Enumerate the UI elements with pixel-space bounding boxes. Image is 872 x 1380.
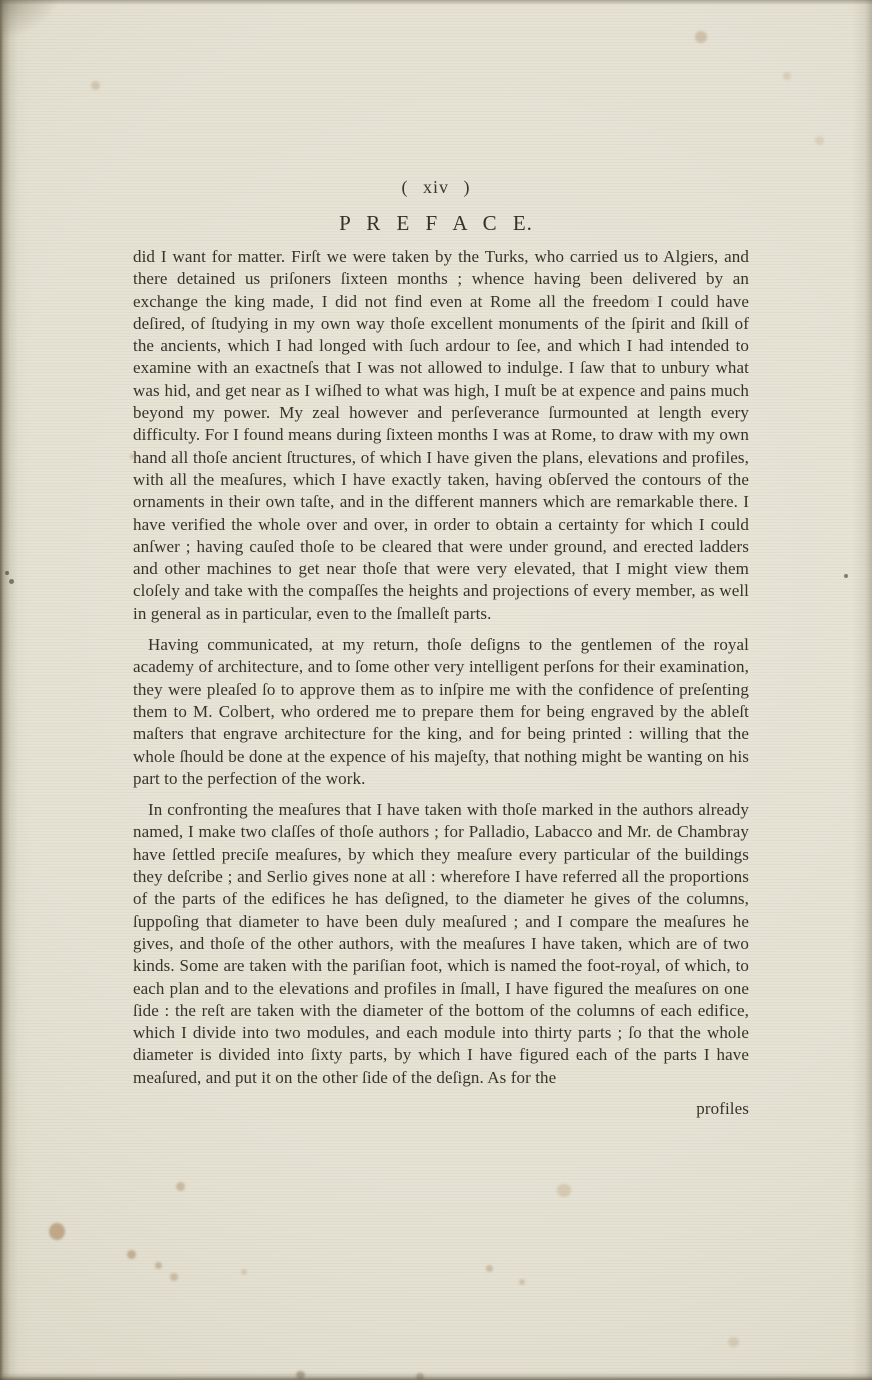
foxing-spot [176, 1182, 185, 1191]
body-paragraph-2: Having communicated, at my return, thoſe… [133, 634, 749, 790]
foxing-spot [728, 1337, 739, 1347]
catchword: profiles [133, 1098, 749, 1120]
book-page-scan: ( xiv ) P R E F A C E. did I want for ma… [0, 0, 872, 1380]
foxing-spot [127, 1250, 136, 1259]
foxing-spot [486, 1265, 493, 1272]
page-edge-bottom [0, 1372, 872, 1380]
foxing-spot [695, 31, 707, 43]
page-number: ( xiv ) [0, 177, 872, 198]
foxing-spot [557, 1184, 571, 1197]
foxing-spot [783, 72, 791, 80]
text-block: did I want for matter. Firſt we were tak… [133, 246, 749, 1129]
preface-title: P R E F A C E. [0, 211, 872, 236]
body-paragraph-1: did I want for matter. Firſt we were tak… [133, 246, 749, 625]
foxing-spot [519, 1279, 525, 1285]
body-paragraph-3: In confronting the meaſures that I have … [133, 799, 749, 1089]
page-corner-shadow [0, 0, 120, 90]
foxing-spot [49, 1223, 65, 1240]
ink-speck [844, 574, 848, 578]
foxing-spot [815, 136, 824, 145]
page-edge-left [0, 0, 30, 1380]
foxing-spot [170, 1273, 178, 1281]
page-edge-top [0, 0, 872, 5]
foxing-spot [241, 1269, 247, 1275]
page-edge-right [852, 0, 872, 1380]
foxing-spot [155, 1262, 162, 1269]
